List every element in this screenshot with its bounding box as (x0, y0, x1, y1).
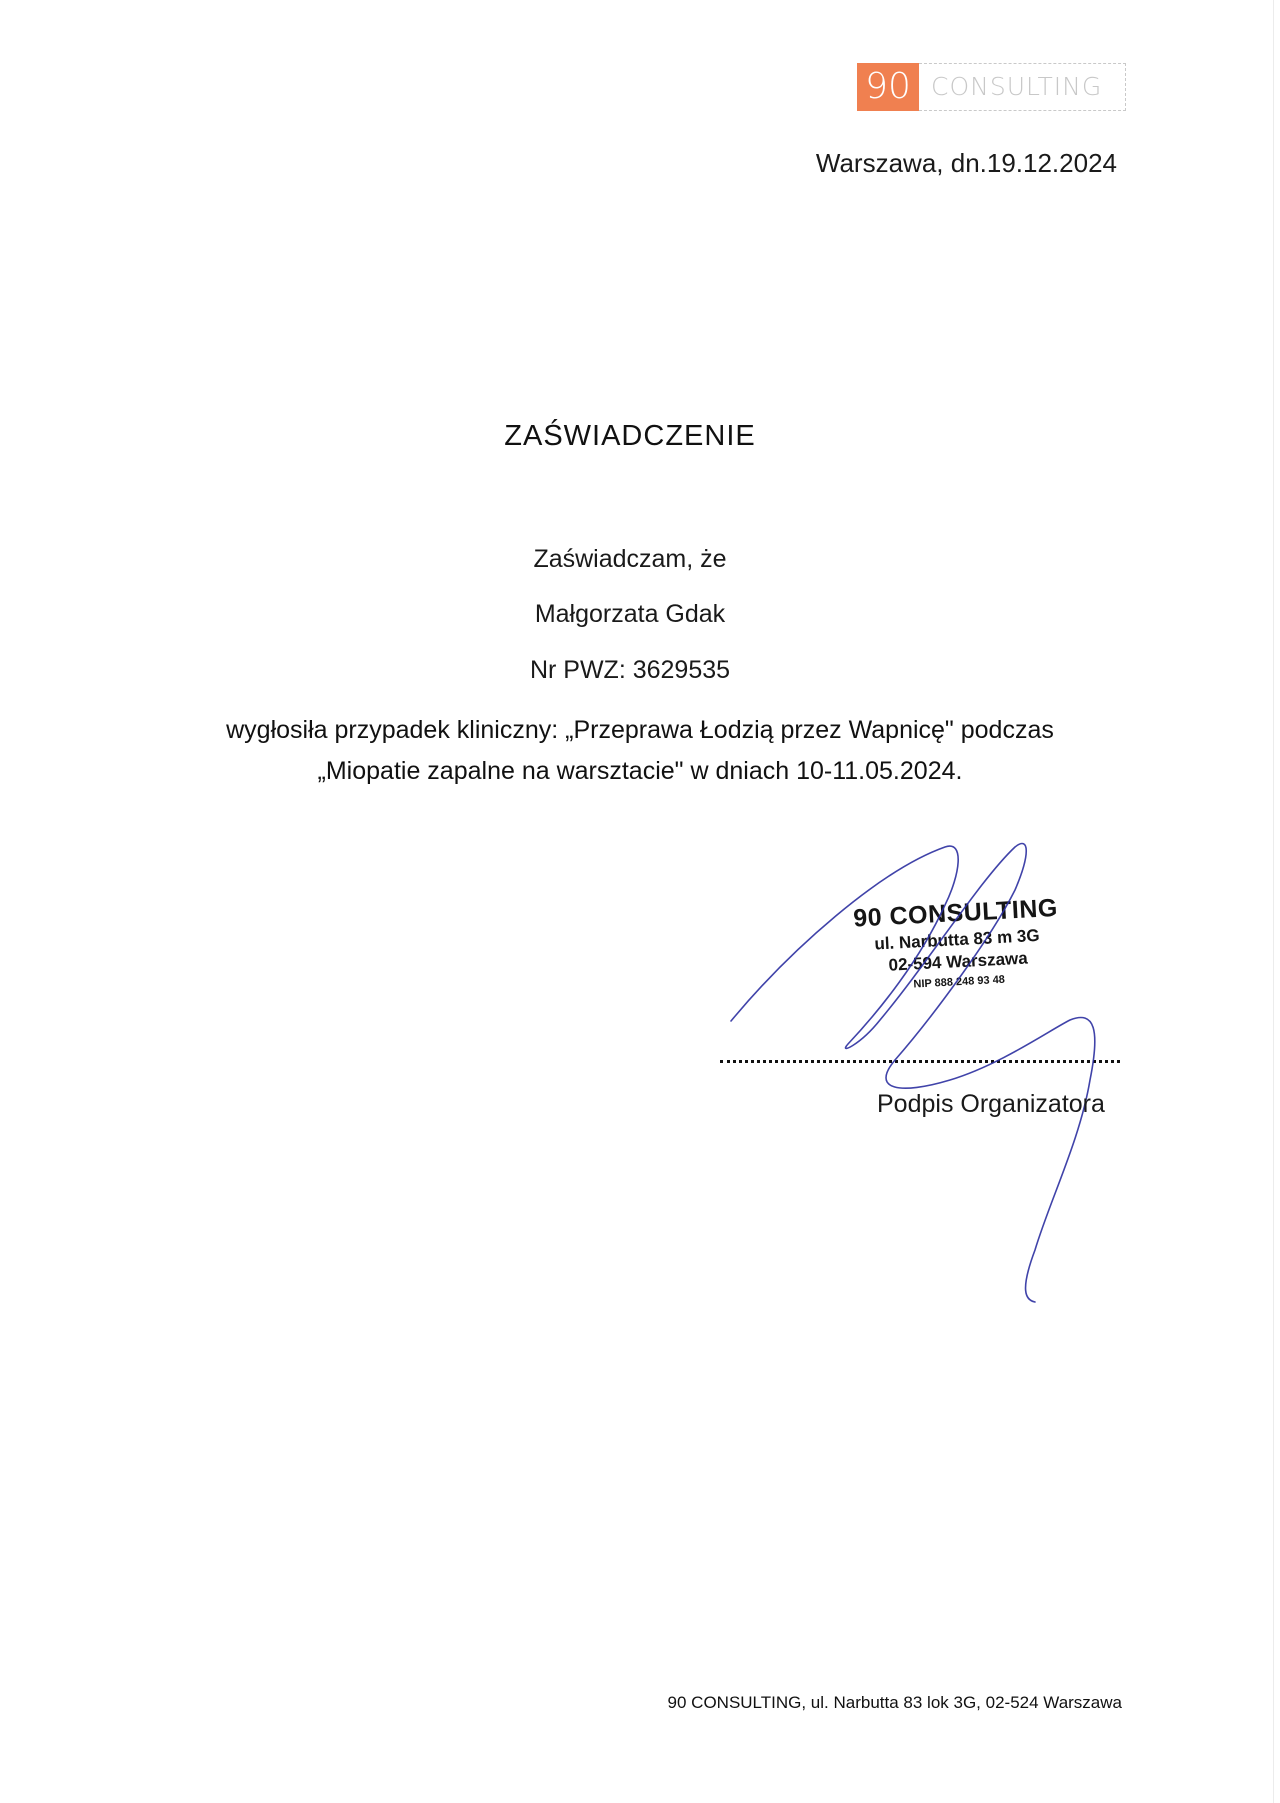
body-line-1: wygłosiła przypadek kliniczny: „Przepraw… (180, 710, 1100, 751)
footer-address: 90 CONSULTING, ul. Narbutta 83 lok 3G, 0… (668, 1693, 1122, 1713)
signature-line (720, 1050, 1120, 1063)
page-edge (1273, 0, 1274, 1803)
recipient-name: Małgorzata Gdak (0, 600, 1270, 629)
pwz-number: Nr PWZ: 3629535 (0, 656, 1270, 685)
company-logo: 90 CONSULTING (857, 63, 1126, 111)
place-and-date: Warszawa, dn.19.12.2024 (816, 148, 1117, 179)
company-stamp: 90 CONSULTING ul. Narbutta 83 m 3G 02-59… (845, 893, 1069, 993)
logo-wordmark: CONSULTING (919, 63, 1126, 111)
handwritten-signature (0, 0, 1280, 1803)
certification-intro: Zaświadczam, że (0, 545, 1270, 574)
document-title: ZAŚWIADCZENIE (0, 420, 1270, 453)
signature-label: Podpis Organizatora (877, 1090, 1105, 1119)
body-line-2: „Miopatie zapalne na warsztacie" w dniac… (180, 751, 1100, 792)
certificate-body: wygłosiła przypadek kliniczny: „Przepraw… (180, 710, 1100, 792)
logo-number: 90 (857, 63, 919, 111)
